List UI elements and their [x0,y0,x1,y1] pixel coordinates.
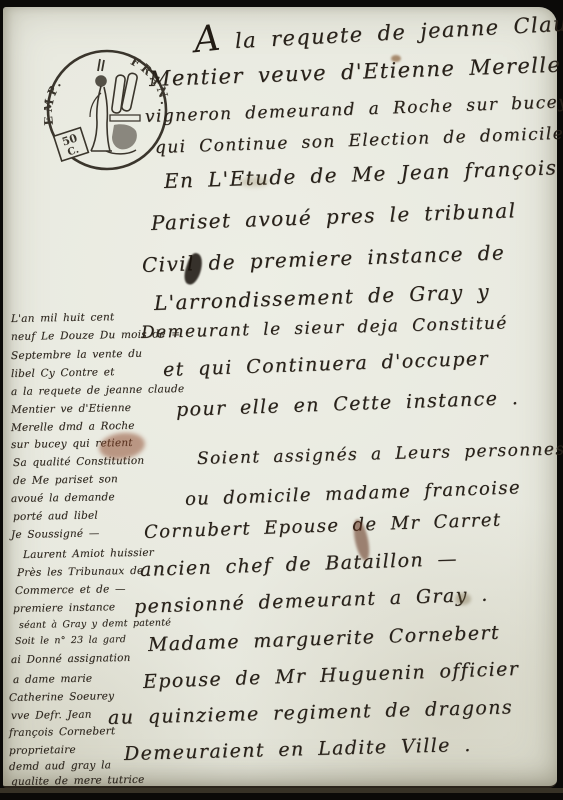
photo-background: EMP. FRAN. [0,0,563,800]
handwritten-line: au quinzieme regiment de dragons [108,696,514,729]
margin-note-line: a dame marie [13,673,92,686]
document-page: EMP. FRAN. [3,7,557,788]
handwritten-line: qui Continue son Election de domicile [155,124,563,158]
margin-note-line: qualite de mere tutrice [11,774,145,788]
margin-note-line: Soit le n° 23 la gard [15,634,126,647]
margin-note-line: Mentier ve d'Etienne [11,402,131,416]
margin-note-line: Laurent Amiot huissier [23,547,154,561]
margin-note-line: avoué la demande [11,491,115,505]
margin-note-line: Près les Tribunaux de [17,565,144,579]
handwritten-line: Cornubert Epouse de Mr Carret [144,510,502,543]
paper-bottom-fold-edge [0,788,563,793]
stamp-value-plate: 50 C. [54,128,89,161]
margin-note-line: Sa qualité Constitution [13,455,145,469]
handwritten-line: L'arrondissement de Gray y [154,279,491,315]
handwritten-line: Pariset avoué pres le tribunal [151,198,517,235]
handwritten-line: pensionné demeurant a Gray . [134,584,489,618]
margin-note-line: porté aud libel [13,510,98,523]
handwritten-line: ancien chef de Bataillon — [140,548,459,581]
initial-capital: A [192,18,222,61]
handwritten-line: Madame marguerite Cornebert [148,622,501,656]
margin-note-line: a la requete de jeanne claude [11,383,185,398]
margin-note-line: françois Cornebert [9,725,116,739]
margin-note-line: L'an mil huit cent [11,311,115,325]
margin-note-line: ai Donné assignation [11,652,131,666]
handwritten-line: et qui Continuera d'occuper [163,348,490,381]
margin-note-line: Merelle dmd a Roche [11,420,135,434]
margin-note-line: Commerce et de — [15,583,126,597]
margin-note-line: de Me pariset son [13,473,118,487]
handwritten-line: Demeuraient en Ladite Ville . [124,734,472,765]
margin-note-line: libel Cy Contre et [11,366,115,380]
handwritten-line: Epouse de Mr Huguenin officier [143,658,520,693]
margin-note-line: proprietaire [9,744,76,757]
handwritten-line: vigneron demeurand a Roche sur bucey [145,92,563,127]
margin-note-line: Septembre la vente du [11,348,142,362]
stamp-text-emp: EMP. [44,75,65,126]
svg-text:EMP.: EMP. [44,75,65,126]
handwritten-line: Soient assignés a Leurs personnes [197,439,563,469]
margin-note-line: Je Soussigné — [11,527,100,541]
handwritten-line: ou domicile madame francoise [185,477,522,510]
handwritten-line: Demeurant le sieur deja Constitué [141,313,508,343]
margin-note-line: vve Defr. Jean [11,709,92,722]
handwritten-line: En L'Etude de Me Jean françois [164,155,558,193]
margin-note-line: Catherine Soeurey [9,690,114,704]
margin-note-line: sur bucey qui retient [11,437,133,451]
handwritten-line: Civil de premiere instance de [142,240,506,277]
handwritten-line: pour elle en Cette instance . [176,387,520,421]
stamp-figure-allegory [90,59,140,154]
margin-note-line: demd aud gray la [9,759,111,773]
handwritten-line: la requete de jeanne Claude [234,10,563,53]
margin-note-line: premiere instance [13,601,116,615]
margin-note-line: séant à Gray y demt patenté [19,617,171,631]
